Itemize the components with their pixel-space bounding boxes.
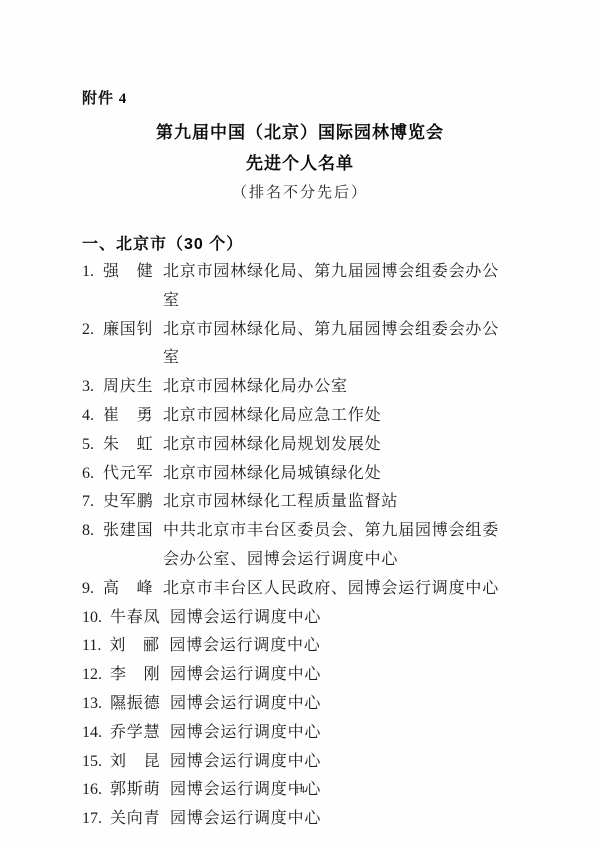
person-name: 关向青 (110, 805, 162, 834)
organization-name: 园博会运行调度中心 (170, 719, 518, 748)
item-number: 2. (82, 316, 95, 374)
organization-name: 北京市园林绿化局办公室 (163, 373, 515, 402)
organization-name: 园博会运行调度中心 (170, 690, 518, 719)
list-item: 14. 乔学慧 园博会运行调度中心 (82, 719, 518, 748)
person-name: 史军鹏 (103, 488, 155, 517)
person-name: 刘 昆 (110, 748, 162, 777)
list-item: 17. 关向青 园博会运行调度中心 (82, 805, 518, 834)
list-item: 9. 高 峰 北京市丰台区人民政府、园博会运行调度中心 (82, 575, 518, 604)
item-number: 14. (82, 719, 102, 748)
organization-name: 北京市丰台区人民政府、园博会运行调度中心 (163, 575, 515, 604)
list-item: 4. 崔 勇 北京市园林绿化局应急工作处 (82, 402, 518, 431)
item-number: 17. (82, 805, 102, 834)
person-name: 强 健 (103, 258, 155, 316)
list-item: 7. 史军鹏 北京市园林绿化工程质量监督站 (82, 488, 518, 517)
organization-name: 园博会运行调度中心 (170, 661, 518, 690)
document-header: 第九届中国（北京）国际园林博览会 先进个人名单 （排名不分先后） (0, 117, 600, 207)
organization-name: 北京市园林绿化工程质量监督站 (163, 488, 515, 517)
list-item: 5. 朱 虹 北京市园林绿化局规划发展处 (82, 431, 518, 460)
organization-name: 园博会运行调度中心 (170, 805, 518, 834)
person-name: 朱 虹 (103, 431, 155, 460)
item-number: 8. (82, 517, 95, 575)
person-name: 李 刚 (110, 661, 162, 690)
document-title-line2: 先进个人名单 (0, 148, 600, 179)
organization-name: 北京市园林绿化局应急工作处 (163, 402, 515, 431)
person-name: 隰振德 (110, 690, 162, 719)
item-number: 4. (82, 402, 95, 431)
item-number: 10. (82, 604, 102, 633)
list-item: 1. 强 健 北京市园林绿化局、第九届园博会组委会办公室 (82, 258, 518, 316)
organization-name: 中共北京市丰台区委员会、第九届园博会组委会办公室、园博会运行调度中心 (163, 517, 515, 575)
document-page: 附件 4 第九届中国（北京）国际园林博览会 先进个人名单 （排名不分先后） 一、… (0, 0, 600, 848)
item-number: 6. (82, 460, 95, 489)
organization-name: 北京市园林绿化局城镇绿化处 (163, 460, 515, 489)
person-name: 乔学慧 (110, 719, 162, 748)
advanced-individuals-list: 1. 强 健 北京市园林绿化局、第九届园博会组委会办公室 2. 廉国钊 北京市园… (82, 258, 518, 834)
organization-name: 北京市园林绿化局规划发展处 (163, 431, 515, 460)
person-name: 牛春凤 (110, 604, 162, 633)
person-name: 廉国钊 (103, 316, 155, 374)
item-number: 13. (82, 690, 102, 719)
organization-name: 园博会运行调度中心 (169, 632, 518, 661)
list-item: 2. 廉国钊 北京市园林绿化局、第九届园博会组委会办公室 (82, 316, 518, 374)
organization-name: 北京市园林绿化局、第九届园博会组委会办公室 (163, 258, 515, 316)
list-item: 12. 李 刚 园博会运行调度中心 (82, 661, 518, 690)
person-name: 代元军 (103, 460, 155, 489)
item-number: 12. (82, 661, 102, 690)
list-item: 15. 刘 昆 园博会运行调度中心 (82, 748, 518, 777)
ranking-note: （排名不分先后） (0, 180, 600, 207)
organization-name: 园博会运行调度中心 (170, 604, 518, 633)
item-number: 11. (82, 632, 101, 661)
person-name: 张建国 (103, 517, 155, 575)
person-name: 崔 勇 (103, 402, 155, 431)
item-number: 3. (82, 373, 95, 402)
organization-name: 园博会运行调度中心 (170, 748, 518, 777)
list-item: 11. 刘 郦 园博会运行调度中心 (82, 632, 518, 661)
item-number: 15. (82, 748, 102, 777)
list-item: 13. 隰振德 园博会运行调度中心 (82, 690, 518, 719)
page-number: 14 (0, 785, 600, 796)
item-number: 1. (82, 258, 95, 316)
item-number: 7. (82, 488, 95, 517)
list-item: 3. 周庆生 北京市园林绿化局办公室 (82, 373, 518, 402)
attachment-label: 附件 4 (82, 87, 127, 108)
person-name: 周庆生 (103, 373, 155, 402)
item-number: 5. (82, 431, 95, 460)
item-number: 9. (82, 575, 95, 604)
section-heading-beijing: 一、北京市（30 个） (82, 231, 243, 254)
list-item: 6. 代元军 北京市园林绿化局城镇绿化处 (82, 460, 518, 489)
organization-name: 北京市园林绿化局、第九届园博会组委会办公室 (163, 316, 515, 374)
document-title-line1: 第九届中国（北京）国际园林博览会 (0, 117, 600, 148)
person-name: 高 峰 (103, 575, 155, 604)
list-item: 10. 牛春凤 园博会运行调度中心 (82, 604, 518, 633)
person-name: 刘 郦 (109, 632, 161, 661)
list-item: 8. 张建国 中共北京市丰台区委员会、第九届园博会组委会办公室、园博会运行调度中… (82, 517, 518, 575)
